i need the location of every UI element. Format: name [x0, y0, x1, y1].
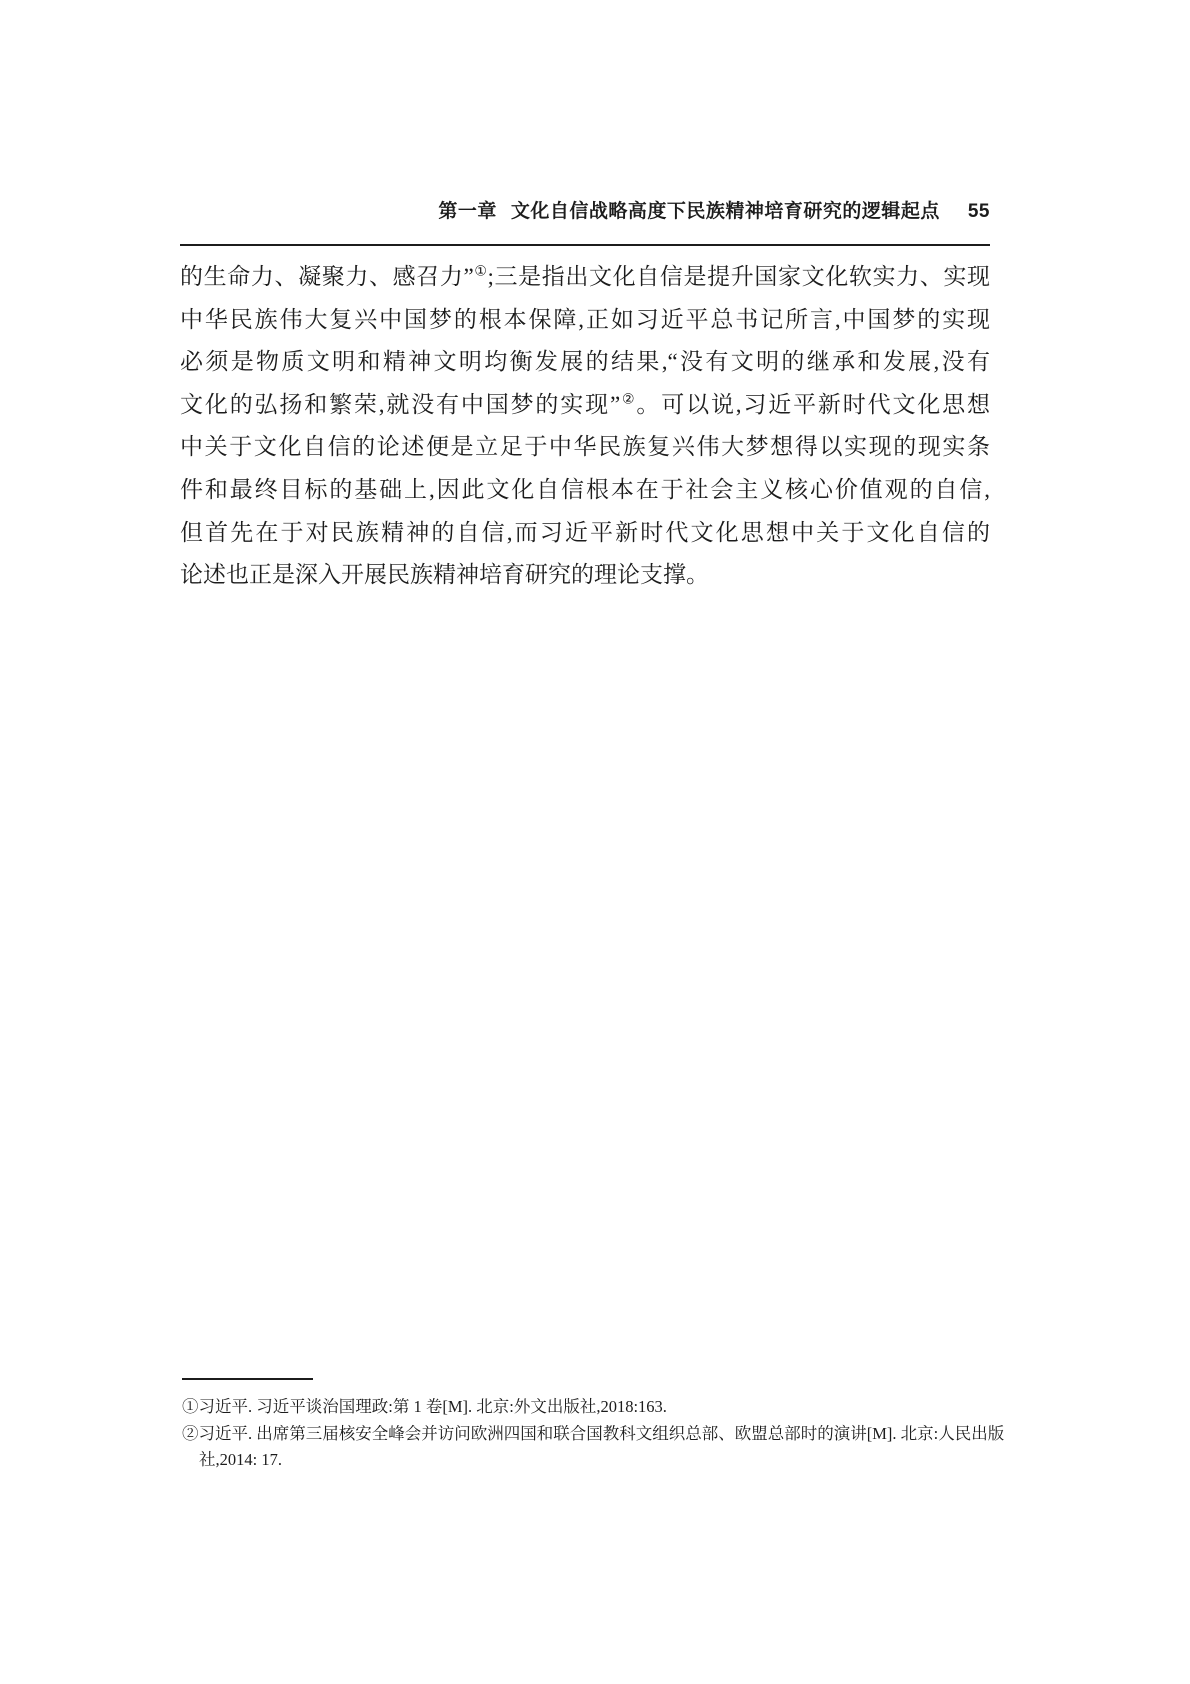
footnote-rule: [182, 1378, 313, 1380]
body-line: 的生命力、凝聚力、感召力”①;三是指出文化自信是提升国家文化软实力、实现: [180, 256, 990, 299]
chapter-label: 第一章: [438, 196, 497, 223]
footnote-ref: ②: [620, 392, 636, 407]
body-line: 论述也正是深入开展民族精神培育研究的理论支撑。: [180, 554, 990, 597]
running-title: 文化自信战略高度下民族精神培育研究的逻辑起点: [511, 196, 940, 223]
footnote-ref: ①: [474, 264, 488, 279]
footnotes: ①习近平. 习近平谈治国理政:第 1 卷[M]. 北京:外文出版社,2018:1…: [182, 1394, 992, 1474]
body-paragraph: 的生命力、凝聚力、感召力”①;三是指出文化自信是提升国家文化软实力、实现中华民族…: [180, 256, 990, 597]
footnote-item: ①习近平. 习近平谈治国理政:第 1 卷[M]. 北京:外文出版社,2018:1…: [182, 1394, 992, 1421]
page-header: 第一章 文化自信战略高度下民族精神培育研究的逻辑起点 55: [180, 196, 990, 223]
footnote-line: 社,2014: 17.: [182, 1447, 992, 1474]
body-line: 中关于文化自信的论述便是立足于中华民族复兴伟大梦想得以实现的现实条: [180, 426, 990, 469]
body-line: 必须是物质文明和精神文明均衡发展的结果,“没有文明的继承和发展,没有: [180, 341, 990, 384]
page-number: 55: [968, 201, 990, 223]
body-line: 件和最终目标的基础上,因此文化自信根本在于社会主义核心价值观的自信,: [180, 469, 990, 512]
body-line: 文化的弘扬和繁荣,就没有中国梦的实现”②。可以说,习近平新时代文化思想: [180, 384, 990, 427]
footnote-line: ②习近平. 出席第三届核安全峰会并访问欧洲四国和联合国教科文组织总部、欧盟总部时…: [182, 1421, 992, 1448]
footnote-line: ①习近平. 习近平谈治国理政:第 1 卷[M]. 北京:外文出版社,2018:1…: [182, 1394, 992, 1421]
book-page: 第一章 文化自信战略高度下民族精神培育研究的逻辑起点 55 的生命力、凝聚力、感…: [0, 0, 1190, 1684]
body-line: 但首先在于对民族精神的自信,而习近平新时代文化思想中关于文化自信的: [180, 512, 990, 555]
header-rule: [180, 244, 990, 246]
body-line: 中华民族伟大复兴中国梦的根本保障,正如习近平总书记所言,中国梦的实现: [180, 299, 990, 342]
footnote-item: ②习近平. 出席第三届核安全峰会并访问欧洲四国和联合国教科文组织总部、欧盟总部时…: [182, 1421, 992, 1474]
